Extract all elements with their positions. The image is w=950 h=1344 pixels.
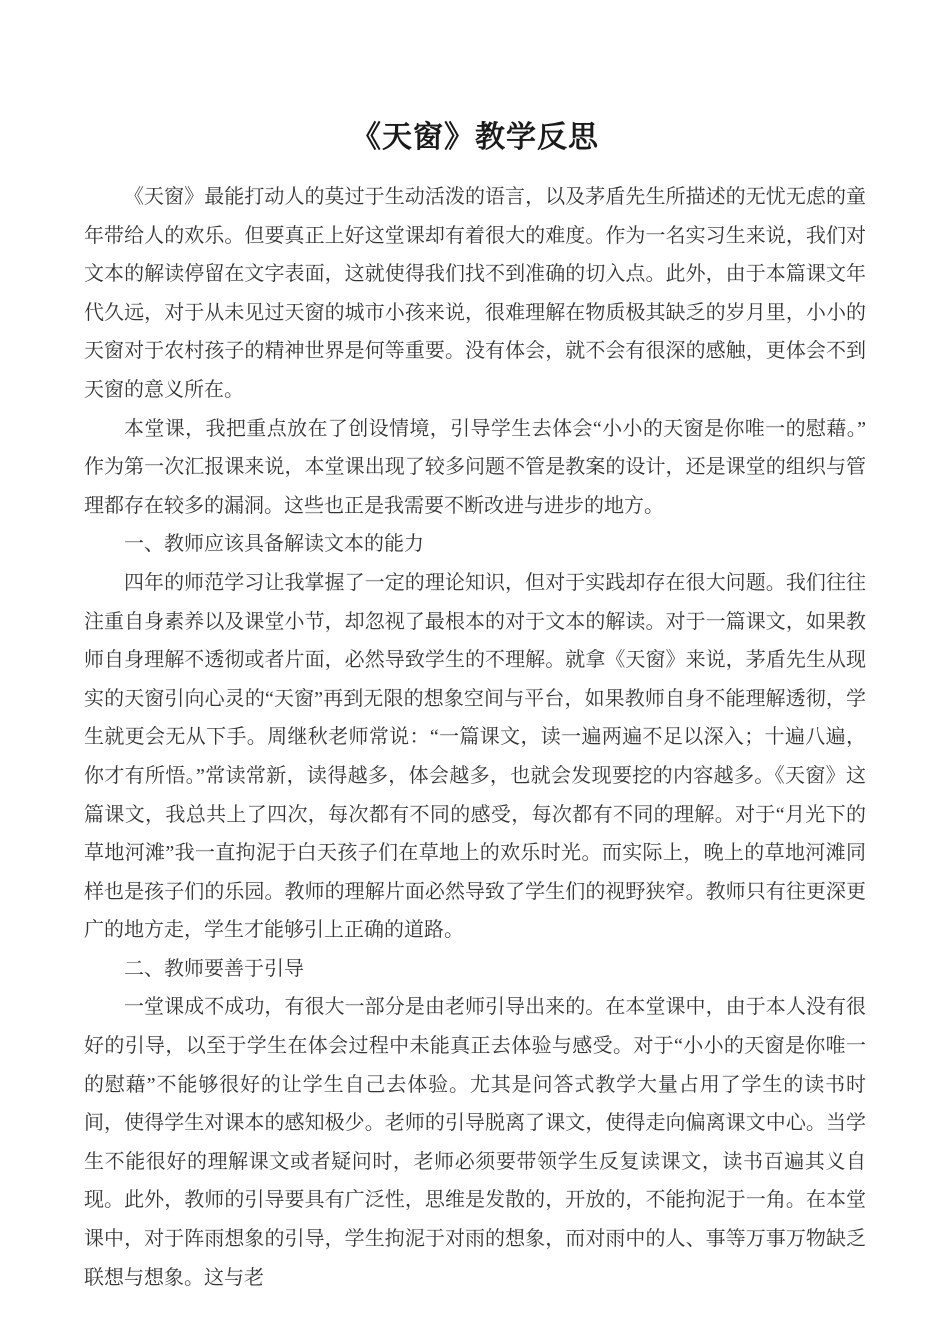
section-heading: 二、教师要善于引导 [84, 950, 866, 989]
paragraph: 本堂课，我把重点放在了创设情境，引导学生去体会“小小的天窗是你唯一的慰藉。”作为… [84, 410, 866, 526]
section-heading: 一、教师应该具备解读文本的能力 [84, 525, 866, 564]
paragraph: 四年的师范学习让我掌握了一定的理论知识，但对于实践却存在很大问题。我们往往注重自… [84, 564, 866, 950]
document-body: 《天窗》最能打动人的莫过于生动活泼的语言，以及茅盾先生所描述的无忧无虑的童年带给… [0, 178, 950, 1297]
page-title: 《天窗》教学反思 [0, 0, 950, 160]
paragraph: 《天窗》最能打动人的莫过于生动活泼的语言，以及茅盾先生所描述的无忧无虑的童年带给… [84, 178, 866, 410]
document-page: 《天窗》教学反思 《天窗》最能打动人的莫过于生动活泼的语言，以及茅盾先生所描述的… [0, 0, 950, 1344]
paragraph: 一堂课成不成功，有很大一部分是由老师引导出来的。在本堂课中，由于本人没有很好的引… [84, 988, 866, 1297]
